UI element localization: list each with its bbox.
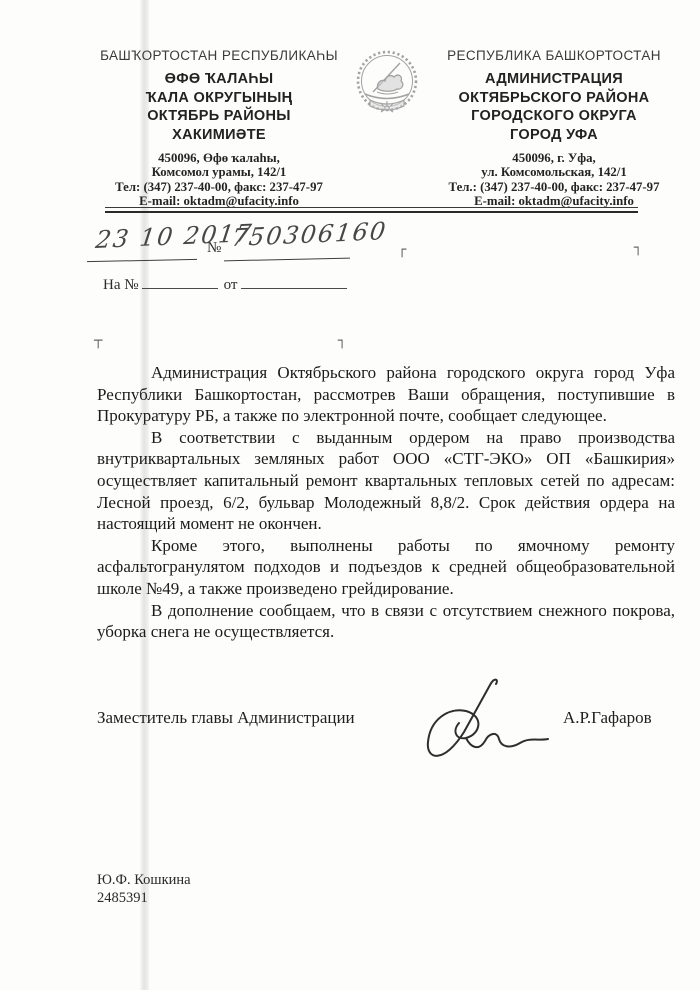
address-line: ул. Комсомольская, 142/1 [415,165,693,179]
org-line: ОКТЯБРЬСКОГО РАЙОНА [415,89,693,108]
number-underline [224,258,350,262]
org-line: АДМИНИСТРАЦИЯ [415,70,693,89]
body-paragraph: Администрация Октябрьского района городс… [97,362,675,427]
org-line: ГОРОД УФА [415,126,693,145]
reply-number-blank [142,275,218,289]
reply-label: На № [103,277,139,293]
address-line: 450096, Өфө ҡалаһы, [85,151,353,165]
body-paragraph: В дополнение сообщаем, что в связи с отс… [97,600,675,643]
org-line: ӨФӨ ҠАЛАҺЫ [85,70,353,89]
letterhead-divider-thick [105,211,638,213]
republic-name-bashkir: БАШҠОРТОСТАН РЕСПУБЛИКАҺЫ [85,48,353,63]
letterhead-divider-thin [105,207,638,208]
reply-date-blank [241,275,347,289]
reply-from-label: от [224,277,238,293]
number-sign-label: № [207,240,221,257]
signature-scribble [418,672,553,777]
address-zone-mark-top-left: ┌ [398,242,406,258]
address-zone-mark-bottom-left: ┬ [94,333,102,349]
handwritten-outgoing-number: 750306160 [230,217,389,252]
executor-block: Ю.Ф. Кошкина 2485391 [97,871,191,907]
reply-reference-row: На №от [103,275,347,294]
address-line: 450096, г. Уфа, [415,151,693,165]
executor-name: Ю.Ф. Кошкина [97,871,191,889]
body-paragraph: Кроме этого, выполнены работы по ямочном… [97,535,675,600]
address-zone-mark-top-right: ┐ [634,240,642,256]
address-line: Комсомол урамы, 142/1 [85,165,353,179]
org-line: ГОРОДСКОГО ОКРУГА [415,107,693,126]
executor-phone: 2485391 [97,889,191,907]
org-line: ҠАЛА ОКРУГЫНЫҢ [85,89,353,108]
address-line: Тел: (347) 237-40-00, факс: 237-47-97 [85,180,353,194]
letter-body: Администрация Октябрьского района городс… [97,362,675,643]
address-zone-mark-bottom-right: ┐ [338,333,346,349]
letterhead-right: РЕСПУБЛИКА БАШКОРТОСТАН АДМИНИСТРАЦИЯ ОК… [415,48,693,209]
body-paragraph: В соответствии с выданным ордером на пра… [97,427,675,535]
org-line: ОКТЯБРЬ РАЙОНЫ [85,107,353,126]
scanned-letter-page: БАШҠОРТОСТАН РЕСПУБЛИКАҺЫ ӨФӨ ҠАЛАҺЫ ҠАЛ… [0,0,700,990]
signer-position-title: Заместитель главы Администрации [97,708,355,728]
org-line: ХАКИМИӘТЕ [85,126,353,145]
republic-name-russian: РЕСПУБЛИКА БАШКОРТОСТАН [415,48,693,63]
signer-name: А.Р.Гафаров [563,708,652,728]
address-line: Тел.: (347) 237-40-00, факс: 237-47-97 [415,180,693,194]
coat-of-arms-emblem-icon [350,47,424,132]
letterhead-left: БАШҠОРТОСТАН РЕСПУБЛИКАҺЫ ӨФӨ ҠАЛАҺЫ ҠАЛ… [85,48,353,209]
